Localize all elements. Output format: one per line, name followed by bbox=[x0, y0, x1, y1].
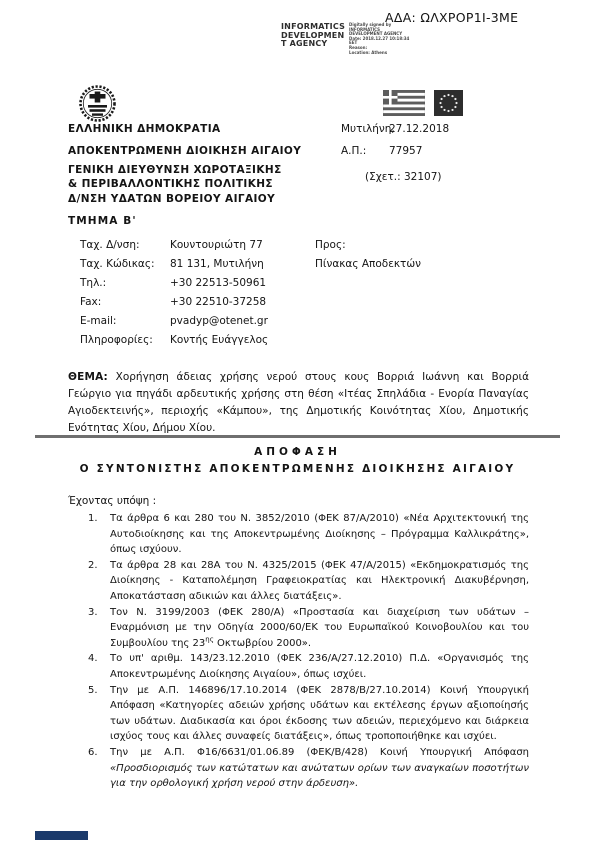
document-date: 27.12.2018 bbox=[389, 124, 449, 135]
contact-block: Ταχ. Δ/νση:Κουντουριώτη 77Ταχ. Κώδικας:8… bbox=[80, 239, 268, 353]
consideration-item: 6.Την με Α.Π. Φ16/6631/01.06.89 (ΦΕΚ/Β/4… bbox=[88, 745, 529, 792]
contact-row: Πληροφορίες:Κοντής Ευάγγελος bbox=[80, 334, 268, 353]
contact-row: E-mail:pvadyp@otenet.gr bbox=[80, 315, 268, 334]
consideration-text: Την με Α.Π. Φ16/6631/01.06.89 (ΦΕΚ/Β/428… bbox=[110, 745, 529, 792]
protocol-block: Μυτιλήνη, 27.12.2018 Α.Π.: 77957 (Σχετ.:… bbox=[341, 124, 531, 183]
footer-blue-mark bbox=[35, 831, 88, 840]
org-line: & ΠΕΡΙΒΑΛΛΟΝΤΙΚΗΣ ΠΟΛΙΤΙΚΗΣ bbox=[68, 179, 338, 190]
stamp-signature-details: Digitally signed byINFORMATICSDEVELOPMEN… bbox=[349, 23, 409, 55]
consideration-number: 1. bbox=[88, 511, 110, 558]
contact-label: E-mail: bbox=[80, 315, 170, 327]
consideration-item: 1.Τα άρθρα 6 και 280 του Ν. 3852/2010 (Φ… bbox=[88, 511, 529, 558]
consideration-text: Τα άρθρα 28 και 28Α του Ν. 4325/2015 (ΦΕ… bbox=[110, 558, 529, 605]
document-page: ΑΔΑ: ΩΛΧΡΟΡ1Ι-3ΜΕ INFORMATICS DEVELOPMEN… bbox=[0, 0, 595, 842]
decision-title: ΑΠΟΦΑΣΗ bbox=[0, 446, 595, 458]
org-line: ΓΕΝΙΚΗ ΔΙΕΥΘΥΝΣΗ ΧΩΡΟΤΑΞΙΚΗΣ bbox=[68, 165, 338, 176]
consideration-text: Το υπ' αριθμ. 143/23.12.2010 (ΦΕΚ 236/Α/… bbox=[110, 651, 529, 682]
consideration-number: 5. bbox=[88, 683, 110, 745]
flags-row bbox=[383, 90, 463, 120]
consideration-number: 4. bbox=[88, 651, 110, 682]
consideration-number: 6. bbox=[88, 745, 110, 792]
contact-row: Τηλ.:+30 22513-50961 bbox=[80, 277, 268, 296]
consideration-number: 2. bbox=[88, 558, 110, 605]
eu-flag-icon bbox=[434, 90, 463, 120]
org-line-department: ΤΜΗΜΑ Β' bbox=[68, 216, 338, 227]
consideration-item: 5.Την με Α.Π. 146896/17.10.2014 (ΦΕΚ 287… bbox=[88, 683, 529, 745]
protocol-label: Α.Π.: bbox=[341, 146, 389, 157]
contact-row: Ταχ. Κώδικας:81 131, Μυτιλήνη bbox=[80, 258, 268, 277]
contact-label: Πληροφορίες: bbox=[80, 334, 170, 346]
contact-value: 81 131, Μυτιλήνη bbox=[170, 258, 264, 270]
contact-value: +30 22513-50961 bbox=[170, 277, 266, 289]
consideration-item: 4.Το υπ' αριθμ. 143/23.12.2010 (ΦΕΚ 236/… bbox=[88, 651, 529, 682]
org-line: ΑΠΟΚΕΝΤΡΩΜΕΝΗ ΔΙΟΙΚΗΣΗ ΑΙΓΑΙΟΥ bbox=[68, 146, 338, 157]
to-label: Προς: bbox=[315, 239, 421, 258]
consideration-item: 2.Τα άρθρα 28 και 28Α του Ν. 4325/2015 (… bbox=[88, 558, 529, 605]
consideration-text: Την με Α.Π. 146896/17.10.2014 (ΦΕΚ 2878/… bbox=[110, 683, 529, 745]
contact-value: Κουντουριώτη 77 bbox=[170, 239, 263, 251]
preamble-text: Έχοντας υπόψη : bbox=[68, 495, 156, 507]
horizontal-divider bbox=[35, 435, 560, 438]
consideration-item: 3.Τον Ν. 3199/2003 (ΦΕΚ 280/Α) «Προστασί… bbox=[88, 605, 529, 652]
recipient-block: Προς: Πίνακας Αποδεκτών bbox=[315, 239, 421, 277]
org-line: Δ/ΝΣΗ ΥΔΑΤΩΝ ΒΟΡΕΙΟΥ ΑΙΓΑΙΟΥ bbox=[68, 194, 338, 205]
subject-paragraph: ΘΕΜΑ: Χορήγηση άδειας χρήσης νερού στους… bbox=[68, 369, 529, 437]
stamp-agency-name: INFORMATICS DEVELOPMEN T AGENCY bbox=[281, 23, 345, 55]
contact-label: Fax: bbox=[80, 296, 170, 308]
stamp-signature-line: Date: 2018.12.27 10:18:34 bbox=[349, 37, 409, 42]
contact-value: Κοντής Ευάγγελος bbox=[170, 334, 268, 346]
org-line: ΕΛΛΗΝΙΚΗ ΔΗΜΟΚΡΑΤΙΑ bbox=[68, 124, 338, 135]
contact-row: Fax:+30 22510-37258 bbox=[80, 296, 268, 315]
digital-signature-stamp: INFORMATICS DEVELOPMEN T AGENCY Digitall… bbox=[281, 23, 409, 55]
stamp-signature-line: Location: Athens bbox=[349, 51, 409, 56]
subject-text: Χορήγηση άδειας χρήσης νερού στους κους … bbox=[68, 371, 529, 434]
protocol-row: Α.Π.: 77957 bbox=[341, 146, 531, 157]
place-label: Μυτιλήνη, bbox=[341, 124, 389, 135]
to-value: Πίνακας Αποδεκτών bbox=[315, 258, 421, 277]
subject-label: ΘΕΜΑ: bbox=[68, 371, 108, 383]
reference-number: (Σχετ.: 32107) bbox=[341, 172, 531, 183]
contact-label: Ταχ. Δ/νση: bbox=[80, 239, 170, 251]
place-date-row: Μυτιλήνη, 27.12.2018 bbox=[341, 124, 531, 135]
consideration-number: 3. bbox=[88, 605, 110, 652]
protocol-number: 77957 bbox=[389, 146, 422, 157]
greek-flag-icon bbox=[383, 90, 425, 120]
contact-label: Ταχ. Κώδικας: bbox=[80, 258, 170, 270]
contact-row: Ταχ. Δ/νση:Κουντουριώτη 77 bbox=[80, 239, 268, 258]
agency-header: ΕΛΛΗΝΙΚΗ ΔΗΜΟΚΡΑΤΙΑ ΑΠΟΚΕΝΤΡΩΜΕΝΗ ΔΙΟΙΚΗ… bbox=[68, 124, 338, 227]
considerations-list: 1.Τα άρθρα 6 και 280 του Ν. 3852/2010 (Φ… bbox=[88, 511, 529, 792]
decision-subtitle: Ο ΣΥΝΤΟΝΙΣΤΗΣ ΑΠΟΚΕΝΤΡΩΜΕΝΗΣ ΔΙΟΙΚΗΣΗΣ Α… bbox=[0, 463, 595, 475]
contact-label: Τηλ.: bbox=[80, 277, 170, 289]
contact-value: +30 22510-37258 bbox=[170, 296, 266, 308]
consideration-text: Τον Ν. 3199/2003 (ΦΕΚ 280/Α) «Προστασία … bbox=[110, 605, 529, 652]
consideration-text: Τα άρθρα 6 και 280 του Ν. 3852/2010 (ΦΕΚ… bbox=[110, 511, 529, 558]
contact-value: pvadyp@otenet.gr bbox=[170, 315, 268, 327]
